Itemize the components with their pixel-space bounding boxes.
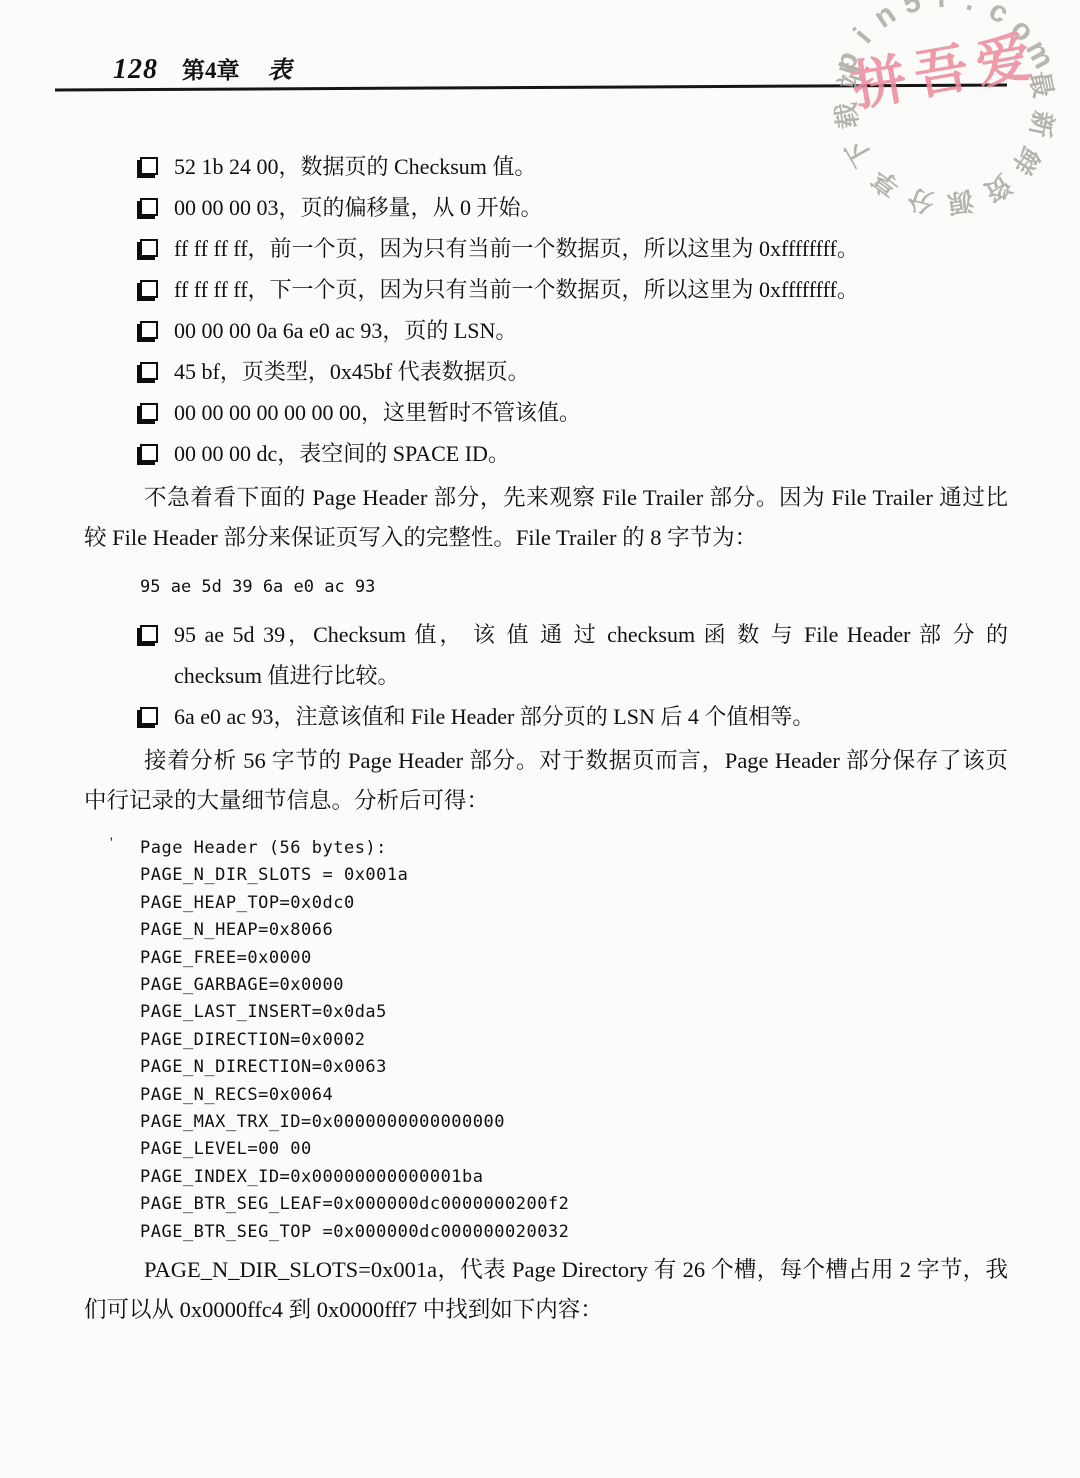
code-line: PAGE_FREE=0x0000 <box>140 945 1008 972</box>
chapter-label: 第4章 <box>182 52 240 85</box>
page-header: 128 第4章 表 <box>113 50 292 86</box>
bullet-text: 00 00 00 03，页的偏移量，从 0 开始。 <box>174 195 543 220</box>
code-line: PAGE_GARBAGE=0x0000 <box>140 972 1008 999</box>
watermark-char: . <box>963 0 979 19</box>
checkbox-bullet-icon <box>140 198 158 216</box>
code-line: PAGE_BTR_SEG_TOP =0x000000dc000000020032 <box>140 1219 1008 1246</box>
bullet-text: 45 bf，页类型，0x45bf 代表数据页。 <box>174 359 530 384</box>
file-header-bullet-list: 52 1b 24 00，数据页的 Checksum 值。 00 00 00 03… <box>140 146 1008 474</box>
bullet-text: 00 00 00 dc，表空间的 SPACE ID。 <box>174 441 510 466</box>
bullet-text: 00 00 00 00 00 00 00，这里暂时不管该值。 <box>174 400 581 425</box>
code-line: PAGE_BTR_SEG_LEAF=0x000000dc0000000200f2 <box>140 1191 1008 1218</box>
code-line: Page Header (56 bytes): <box>140 835 1008 862</box>
checkbox-bullet-icon <box>140 444 158 462</box>
code-line: PAGE_LEVEL=00 00 <box>140 1136 1008 1163</box>
checkbox-bullet-icon <box>140 625 158 643</box>
watermark-char: c <box>983 0 1014 31</box>
watermark-char: i <box>847 22 878 50</box>
list-item: 6a e0 ac 93，注意该值和 File Header 部分页的 LSN 后… <box>140 696 1008 737</box>
bullet-text: ff ff ff ff，下一个页，因为只有当前一个数据页，所以这里为 0xfff… <box>174 277 859 302</box>
checkbox-bullet-icon <box>140 280 158 298</box>
watermark-char: i <box>937 0 947 15</box>
page-header-code-block: ' Page Header (56 bytes): PAGE_N_DIR_SLO… <box>140 835 1008 1246</box>
code-line: PAGE_N_DIRECTION=0x0063 <box>140 1054 1008 1081</box>
list-item: ff ff ff ff，前一个页，因为只有当前一个数据页，所以这里为 0xfff… <box>140 228 1008 269</box>
list-item: 00 00 00 00 00 00 00，这里暂时不管该值。 <box>140 392 1008 433</box>
checkbox-bullet-icon <box>140 321 158 339</box>
page-number: 128 <box>113 54 158 86</box>
watermark-char: 站 <box>828 58 871 94</box>
paragraph-dir-slots: PAGE_N_DIR_SLOTS=0x001a，代表 Page Director… <box>84 1250 1008 1330</box>
code-line: PAGE_HEAP_TOP=0x0dc0 <box>140 890 1008 917</box>
list-item: 00 00 00 0a 6a e0 ac 93，页的 LSN。 <box>140 310 1008 351</box>
file-trailer-bytes-code: 95 ae 5d 39 6a e0 ac 93 <box>140 574 1008 600</box>
list-item: ff ff ff ff，下一个页，因为只有当前一个数据页，所以这里为 0xfff… <box>140 269 1008 310</box>
page-content: 52 1b 24 00，数据页的 Checksum 值。 00 00 00 03… <box>84 140 1008 1330</box>
bullet-text: ff ff ff ff，前一个页，因为只有当前一个数据页，所以这里为 0xfff… <box>174 236 859 261</box>
code-line: PAGE_MAX_TRX_ID=0x0000000000000000 <box>140 1109 1008 1136</box>
watermark-char: p <box>828 46 867 77</box>
paragraph-file-trailer: 不急着看下面的 Page Header 部分，先来观察 File Trailer… <box>84 478 1008 558</box>
watermark-char: n <box>868 0 902 36</box>
code-line: PAGE_DIRECTION=0x0002 <box>140 1027 1008 1054</box>
list-item: 52 1b 24 00，数据页的 Checksum 值。 <box>140 146 1008 187</box>
file-trailer-bullet-list: 95 ae 5d 39，Checksum 值， 该 值 通 过 checksum… <box>140 614 1008 737</box>
checkbox-bullet-icon <box>140 362 158 380</box>
code-line: PAGE_LAST_INSERT=0x0da5 <box>140 999 1008 1026</box>
watermark-char: m <box>1018 35 1061 75</box>
list-item: 00 00 00 dc，表空间的 SPACE ID。 <box>140 433 1008 474</box>
list-item: 00 00 00 03，页的偏移量，从 0 开始。 <box>140 187 1008 228</box>
code-tick-marker: ' <box>110 835 113 852</box>
list-item: 95 ae 5d 39，Checksum 值， 该 值 通 过 checksum… <box>140 614 1008 696</box>
checkbox-bullet-icon <box>140 157 158 175</box>
paragraph-page-header: 接着分析 56 字节的 Page Header 部分。对于数据页而言，Page … <box>84 741 1008 821</box>
bullet-text: 52 1b 24 00，数据页的 Checksum 值。 <box>174 154 536 179</box>
watermark-center-text: 拼吾爱 <box>845 13 1044 122</box>
watermark-char: 鲜 <box>1005 140 1050 182</box>
code-line: PAGE_INDEX_ID=0x00000000000001ba <box>140 1164 1008 1191</box>
bullet-text: 95 ae 5d 39，Checksum 值， 该 值 通 过 checksum… <box>174 622 1008 688</box>
bullet-text: 6a e0 ac 93，注意该值和 File Header 部分页的 LSN 后… <box>174 704 814 729</box>
code-line: PAGE_N_RECS=0x0064 <box>140 1082 1008 1109</box>
watermark-char: o <box>1003 12 1040 49</box>
code-line: PAGE_N_HEAP=0x8066 <box>140 917 1008 944</box>
list-item: 45 bf，页类型，0x45bf 代表数据页。 <box>140 351 1008 392</box>
watermark-char: 载 <box>826 101 866 131</box>
bullet-text: 00 00 00 0a 6a e0 ac 93，页的 LSN。 <box>174 318 517 343</box>
watermark-char: 5 <box>899 0 925 22</box>
section-label: 表 <box>268 50 292 85</box>
watermark-char: 新 <box>1022 108 1063 141</box>
checkbox-bullet-icon <box>140 239 158 257</box>
code-line: PAGE_N_DIR_SLOTS = 0x001a <box>140 862 1008 889</box>
checkbox-bullet-icon <box>140 707 158 725</box>
checkbox-bullet-icon <box>140 403 158 421</box>
watermark-char: 最 <box>1022 68 1064 101</box>
